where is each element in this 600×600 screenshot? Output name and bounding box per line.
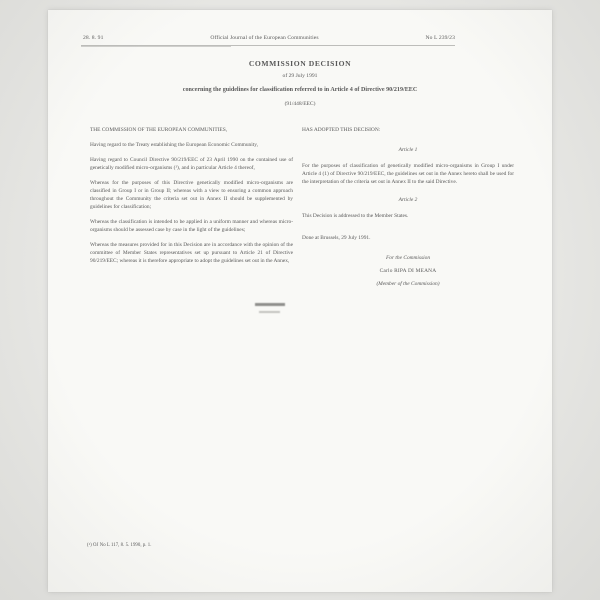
article-1-text: For the purposes of classification of ge… bbox=[302, 162, 514, 186]
header-rule-segment bbox=[81, 46, 231, 47]
body-columns: THE COMMISSION OF THE EUROPEAN COMMUNITI… bbox=[90, 126, 514, 288]
recital-paragraph: Whereas for the purposes of this Directi… bbox=[90, 179, 293, 211]
document-date: of 29 July 1991 bbox=[90, 73, 510, 79]
article-1-heading: Article 1 bbox=[302, 146, 514, 154]
page-header: 28. 8. 91 Official Journal of the Europe… bbox=[83, 35, 455, 41]
header-journal-title: Official Journal of the European Communi… bbox=[210, 35, 318, 41]
signature-block: For the Commission Carlo RIPA DI MEANA (… bbox=[302, 254, 514, 288]
article-2-text: This Decision is addressed to the Member… bbox=[302, 212, 514, 220]
title-block: COMMISSION DECISION of 29 July 1991 conc… bbox=[90, 59, 510, 107]
end-of-text-separator-faint bbox=[259, 311, 280, 313]
place-date-line: Done at Brussels, 29 July 1991. bbox=[302, 234, 514, 242]
recital-paragraph: Whereas the classification is intended t… bbox=[90, 218, 293, 234]
header-page-number: No L 239/23 bbox=[426, 35, 455, 41]
recital-paragraph: Having regard to the Treaty establishing… bbox=[90, 141, 293, 149]
header-date: 28. 8. 91 bbox=[83, 35, 103, 41]
signature-on-behalf: For the Commission bbox=[302, 254, 514, 262]
document-subject: concerning the guidelines for classifica… bbox=[172, 86, 428, 94]
article-2-heading: Article 2 bbox=[302, 196, 514, 204]
signature-name: Carlo RIPA DI MEANA bbox=[302, 267, 514, 275]
enacting-formula: HAS ADOPTED THIS DECISION: bbox=[302, 126, 514, 134]
document-page: 28. 8. 91 Official Journal of the Europe… bbox=[48, 10, 552, 592]
document-reference-number: (91/448/EEC) bbox=[90, 101, 510, 107]
document-title: COMMISSION DECISION bbox=[90, 59, 510, 68]
signature-role: (Member of the Commission) bbox=[302, 280, 514, 288]
opening-line: THE COMMISSION OF THE EUROPEAN COMMUNITI… bbox=[90, 126, 293, 134]
end-of-text-separator bbox=[255, 303, 285, 306]
left-column: THE COMMISSION OF THE EUROPEAN COMMUNITI… bbox=[90, 126, 293, 288]
recital-paragraph: Whereas the measures provided for in thi… bbox=[90, 241, 293, 265]
right-column: HAS ADOPTED THIS DECISION: Article 1 For… bbox=[302, 126, 514, 288]
recital-paragraph: Having regard to Council Directive 90/21… bbox=[90, 156, 293, 172]
footnote: (¹) OJ No L 117, 8. 5. 1990, p. 1. bbox=[87, 543, 151, 548]
